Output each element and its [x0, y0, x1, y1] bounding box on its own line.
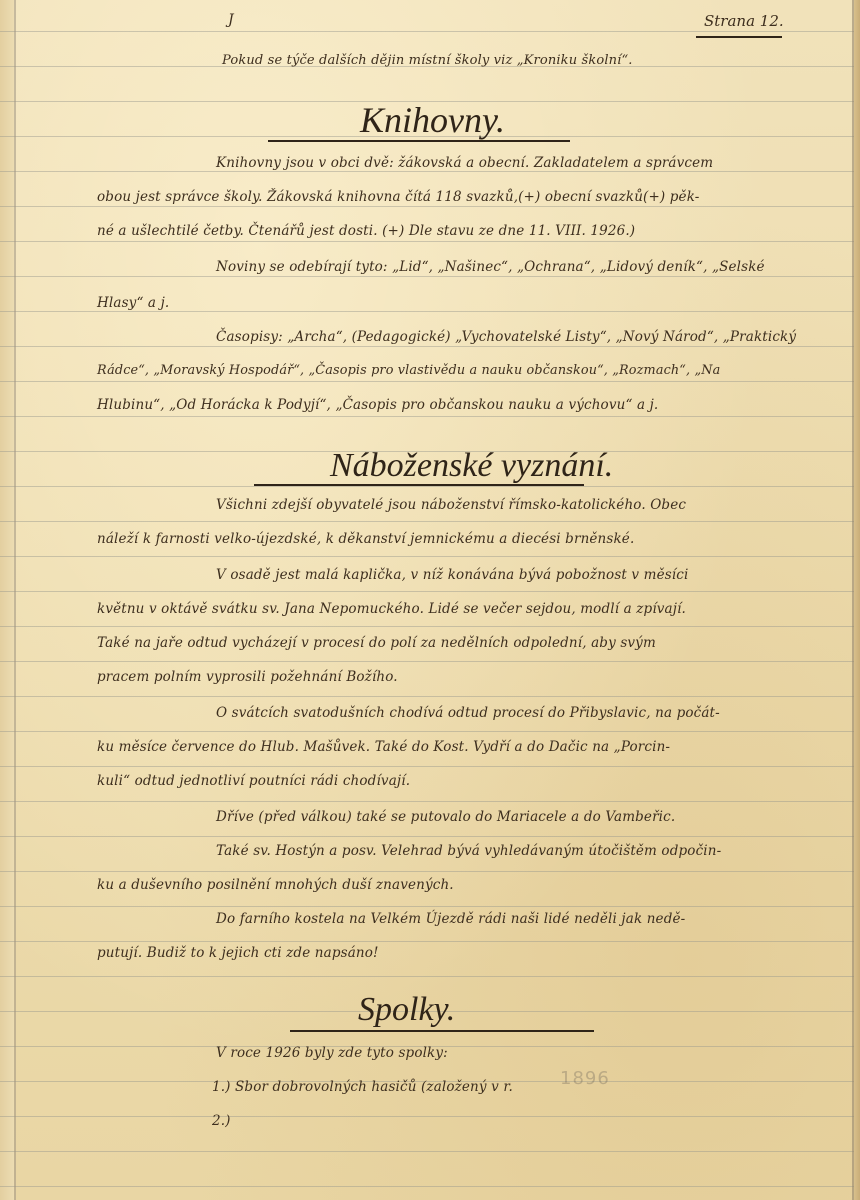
text-line: kuli“ odtud jednotliví poutníci rádi cho… [97, 772, 410, 790]
text-line: né a ušlechtilé četby. Čtenářů jest dost… [97, 222, 635, 240]
text-line: náleží k farnosti velko-újezdské, k děka… [97, 530, 634, 548]
text-line: V roce 1926 byly zde tyto spolky: [216, 1044, 448, 1062]
text-line: Knihovny jsou v obci dvě: žákovská a obe… [216, 154, 713, 172]
margin-mark: J [228, 12, 234, 28]
list-item-2: 2.) [212, 1112, 231, 1130]
text-line: Také na jaře odtud vycházejí v procesí d… [97, 634, 656, 652]
text-line: putují. Budiž to k jejich cti zde napsán… [97, 944, 379, 962]
list-item-1: 1.) Sbor dobrovolných hasičů (založený v… [212, 1078, 513, 1096]
pencil-note-year: 1896 [560, 1070, 610, 1088]
notebook-page: J Strana 12. Pokud se týče dalších dějin… [0, 0, 860, 1200]
text-line: pracem polním vyprosili požehnání Božího… [97, 668, 398, 686]
intro-line: Pokud se týče dalších dějin místní školy… [222, 52, 633, 70]
section-title-underline [268, 140, 570, 142]
text-line: květnu v oktávě svátku sv. Jana Nepomuck… [97, 600, 686, 618]
text-line: O svátcích svatodušních chodívá odtud pr… [216, 704, 720, 722]
section-title-underline [254, 484, 584, 486]
page-number-label: Strana 12. [704, 12, 784, 30]
text-line: ku měsíce července do Hlub. Mašůvek. Tak… [97, 738, 670, 756]
page-number-underline [696, 36, 782, 38]
text-line: Do farního kostela na Velkém Újezdě rádi… [216, 910, 685, 928]
text-line: Také sv. Hostýn a posv. Velehrad bývá vy… [216, 842, 721, 860]
text-line: Noviny se odebírají tyto: „Lid“, „Našine… [216, 258, 765, 276]
left-margin-line [14, 0, 16, 1200]
text-line: Všichni zdejší obyvatelé jsou náboženstv… [216, 496, 686, 514]
text-line: Dříve (před válkou) také se putovalo do … [216, 808, 675, 826]
text-line: ku a duševního posilnění mnohých duší zn… [97, 876, 454, 894]
text-line: obou jest správce školy. Žákovská knihov… [97, 188, 700, 206]
text-line: Hlubinu“, „Od Horácka k Podyjí“, „Časopi… [97, 396, 658, 414]
text-line: Hlasy“ a j. [97, 294, 169, 312]
section-title-underline [290, 1030, 594, 1032]
page-right-edge [854, 0, 860, 1200]
text-line: Časopisy: „Archa“, (Pedagogické) „Vychov… [216, 328, 796, 346]
text-line: Rádce“, „Moravský Hospodář“, „Časopis pr… [97, 362, 720, 380]
section-title-knihovny: Knihovny. [360, 100, 505, 140]
section-title-nabozenske-vyznani: Náboženské vyznání. [330, 446, 613, 486]
section-title-spolky: Spolky. [358, 990, 455, 1030]
text-line: V osadě jest malá kaplička, v níž konává… [216, 566, 688, 584]
